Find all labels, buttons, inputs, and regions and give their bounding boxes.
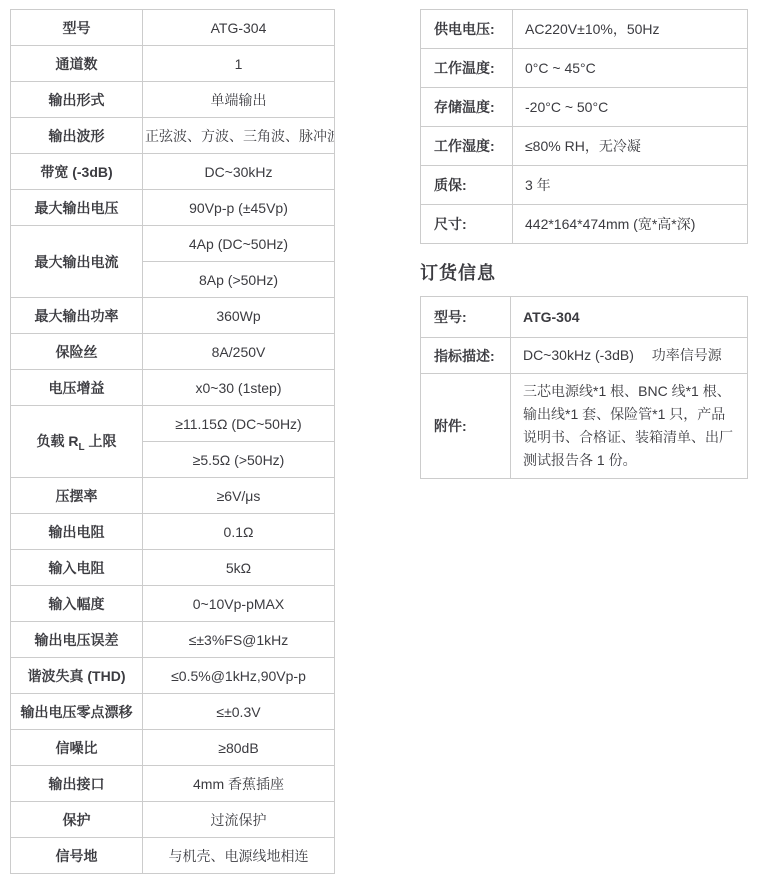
- table-row: 输出波形正弦波、方波、三角波、脉冲波: [11, 118, 335, 154]
- spec-label: 输出电压零点漂移: [11, 694, 143, 730]
- table-row: 输出形式单端输出: [11, 82, 335, 118]
- spec-label: 工作湿度:: [421, 127, 513, 166]
- spec-label: 最大输出电压: [11, 190, 143, 226]
- table-row: 信号地与机壳、电源线地相连: [11, 838, 335, 874]
- spec-value: 三芯电源线*1 根、BNC 线*1 根、输出线*1 套、保险管*1 只，产品说明…: [511, 374, 748, 479]
- spec-label: 输出波形: [11, 118, 143, 154]
- spec-label: 保险丝: [11, 334, 143, 370]
- table-row: 信噪比≥80dB: [11, 730, 335, 766]
- spec-label: 信噪比: [11, 730, 143, 766]
- table-row: 工作湿度:≤80% RH，无冷凝: [421, 127, 748, 166]
- table-row: 指标描述:DC~30kHz (-3dB) 功率信号源: [421, 338, 748, 374]
- spec-label: 保护: [11, 802, 143, 838]
- table-row: 输出电阻0.1Ω: [11, 514, 335, 550]
- table-row: 输入电阻5kΩ: [11, 550, 335, 586]
- spec-value: 442*164*474mm (宽*高*深): [513, 205, 748, 244]
- spec-label: 型号:: [421, 297, 511, 338]
- spec-value: x0~30 (1step): [143, 370, 335, 406]
- main-spec-table: 型号ATG-304通道数1输出形式单端输出输出波形正弦波、方波、三角波、脉冲波带…: [10, 9, 335, 874]
- spec-value: 90Vp-p (±45Vp): [143, 190, 335, 226]
- spec-label: 型号: [11, 10, 143, 46]
- spec-value: DC~30kHz (-3dB) 功率信号源: [511, 338, 748, 374]
- spec-value: ≥6V/μs: [143, 478, 335, 514]
- spec-label: 质保:: [421, 166, 513, 205]
- table-row: 型号:ATG-304: [421, 297, 748, 338]
- table-row: 带宽 (-3dB)DC~30kHz: [11, 154, 335, 190]
- spec-value: ≤80% RH，无冷凝: [513, 127, 748, 166]
- spec-value: ATG-304: [511, 297, 748, 338]
- spec-value: 4Ap (DC~50Hz): [143, 226, 335, 262]
- spec-value: 过流保护: [143, 802, 335, 838]
- spec-label: 最大输出电流: [11, 226, 143, 298]
- spec-label: 通道数: [11, 46, 143, 82]
- spec-label: 电压增益: [11, 370, 143, 406]
- spec-value: ATG-304: [143, 10, 335, 46]
- table-row: 压摆率≥6V/μs: [11, 478, 335, 514]
- spec-label: 负载 RL 上限: [11, 406, 143, 478]
- spec-label: 存储温度:: [421, 88, 513, 127]
- order-info-table: 型号:ATG-304指标描述:DC~30kHz (-3dB) 功率信号源附件:三…: [420, 296, 748, 479]
- spec-label: 输入幅度: [11, 586, 143, 622]
- spec-value: ≤±0.3V: [143, 694, 335, 730]
- spec-value: DC~30kHz: [143, 154, 335, 190]
- spec-value: ≥5.5Ω (>50Hz): [143, 442, 335, 478]
- spec-label: 指标描述:: [421, 338, 511, 374]
- spec-value: ≤0.5%@1kHz,90Vp-p: [143, 658, 335, 694]
- table-row: 保护过流保护: [11, 802, 335, 838]
- table-row: 通道数1: [11, 46, 335, 82]
- spec-value: 与机壳、电源线地相连: [143, 838, 335, 874]
- table-row: 输出电压误差≤±3%FS@1kHz: [11, 622, 335, 658]
- table-row: 存储温度:-20°C ~ 50°C: [421, 88, 748, 127]
- table-row: 输入幅度0~10Vp-pMAX: [11, 586, 335, 622]
- spec-value: 正弦波、方波、三角波、脉冲波: [143, 118, 335, 154]
- order-info-heading: 订货信息: [420, 259, 748, 285]
- spec-value: 单端输出: [143, 82, 335, 118]
- spec-label: 输出接口: [11, 766, 143, 802]
- table-row: 供电电压:AC220V±10%，50Hz: [421, 10, 748, 49]
- spec-value: 1: [143, 46, 335, 82]
- spec-label: 尺寸:: [421, 205, 513, 244]
- spec-label: 输入电阻: [11, 550, 143, 586]
- spec-value: AC220V±10%，50Hz: [513, 10, 748, 49]
- spec-label: 附件:: [421, 374, 511, 479]
- table-row: 最大输出功率360Wp: [11, 298, 335, 334]
- table-row: 输出电压零点漂移≤±0.3V: [11, 694, 335, 730]
- spec-value: 0.1Ω: [143, 514, 335, 550]
- spec-value: ≥11.15Ω (DC~50Hz): [143, 406, 335, 442]
- table-row: 质保:3 年: [421, 166, 748, 205]
- spec-value: 360Wp: [143, 298, 335, 334]
- table-row: 输出接口4mm 香蕉插座: [11, 766, 335, 802]
- table-row: 附件:三芯电源线*1 根、BNC 线*1 根、输出线*1 套、保险管*1 只，产…: [421, 374, 748, 479]
- table-row: 型号ATG-304: [11, 10, 335, 46]
- spec-label: 谐波失真 (THD): [11, 658, 143, 694]
- spec-value: 8A/250V: [143, 334, 335, 370]
- env-spec-table: 供电电压:AC220V±10%，50Hz工作温度:0°C ~ 45°C存储温度:…: [420, 9, 748, 244]
- spec-label: 最大输出功率: [11, 298, 143, 334]
- spec-value: 4mm 香蕉插座: [143, 766, 335, 802]
- spec-value: 3 年: [513, 166, 748, 205]
- spec-label: 带宽 (-3dB): [11, 154, 143, 190]
- spec-value: ≥80dB: [143, 730, 335, 766]
- spec-value: -20°C ~ 50°C: [513, 88, 748, 127]
- table-row: 最大输出电流4Ap (DC~50Hz): [11, 226, 335, 262]
- spec-label-subscript: L: [79, 441, 85, 452]
- table-row: 电压增益x0~30 (1step): [11, 370, 335, 406]
- table-row: 尺寸:442*164*474mm (宽*高*深): [421, 205, 748, 244]
- table-row: 工作温度:0°C ~ 45°C: [421, 49, 748, 88]
- spec-value: 0°C ~ 45°C: [513, 49, 748, 88]
- table-row: 谐波失真 (THD)≤0.5%@1kHz,90Vp-p: [11, 658, 335, 694]
- spec-label: 输出电阻: [11, 514, 143, 550]
- spec-label: 输出电压误差: [11, 622, 143, 658]
- spec-value: 5kΩ: [143, 550, 335, 586]
- table-row: 负载 RL 上限≥11.15Ω (DC~50Hz): [11, 406, 335, 442]
- spec-label: 供电电压:: [421, 10, 513, 49]
- spec-label: 压摆率: [11, 478, 143, 514]
- table-row: 最大输出电压90Vp-p (±45Vp): [11, 190, 335, 226]
- spec-value: ≤±3%FS@1kHz: [143, 622, 335, 658]
- right-column: 供电电压:AC220V±10%，50Hz工作温度:0°C ~ 45°C存储温度:…: [420, 9, 748, 479]
- spec-label: 信号地: [11, 838, 143, 874]
- table-row: 保险丝8A/250V: [11, 334, 335, 370]
- spec-value: 8Ap (>50Hz): [143, 262, 335, 298]
- spec-document-page: 型号ATG-304通道数1输出形式单端输出输出波形正弦波、方波、三角波、脉冲波带…: [0, 0, 760, 894]
- spec-label: 输出形式: [11, 82, 143, 118]
- spec-label: 工作温度:: [421, 49, 513, 88]
- spec-value: 0~10Vp-pMAX: [143, 586, 335, 622]
